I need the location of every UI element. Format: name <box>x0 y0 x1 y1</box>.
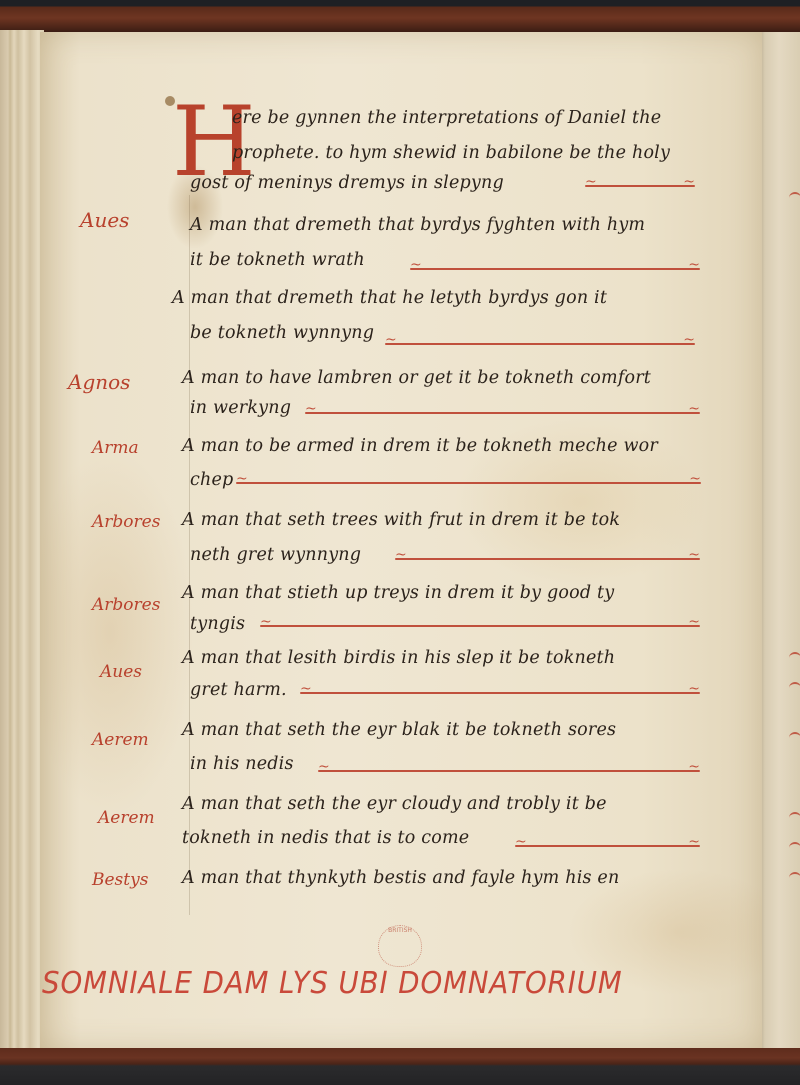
line-filler <box>300 692 700 694</box>
entry-line: A man to have lambren or get it be tokne… <box>182 368 651 388</box>
library-stamp: BRITISH <box>378 925 422 967</box>
line-filler <box>236 482 701 484</box>
entry-line: A man that seth the eyr blak it be tokne… <box>182 720 616 740</box>
marginal-rubric: Aues <box>80 208 129 232</box>
entry-line: A man that lesith birdis in his slep it … <box>182 648 615 668</box>
marginal-rubric: Bestys <box>92 870 148 890</box>
line-filler <box>585 185 695 187</box>
entry-line: in his nedis <box>190 754 294 774</box>
line-filler <box>385 343 695 345</box>
entry-line: tyngis <box>190 614 245 634</box>
line-filler <box>260 625 700 627</box>
entry-line: A man that stieth up treys in drem it by… <box>182 583 614 603</box>
incipit-line: prophete. to hym shewid in babilone be t… <box>232 143 670 163</box>
entry-line: neth gret wynnyng <box>190 545 361 565</box>
entry-line: it be tokneth wrath <box>190 250 365 270</box>
marginal-rubric: Aerem <box>92 730 149 750</box>
entry-line: chep <box>190 470 233 490</box>
line-filler <box>515 845 700 847</box>
entry-line: gret harm. <box>190 680 287 700</box>
incipit-line: gost of meninys dremys in slepyng <box>190 173 504 193</box>
marginal-rubric: Arbores <box>92 512 160 532</box>
entry-line: A man that seth trees with frut in drem … <box>182 510 620 530</box>
stamp-text: BRITISH <box>388 927 412 934</box>
page-edges-left <box>0 30 44 1052</box>
line-filler <box>395 558 700 560</box>
entry-line: in werkyng <box>190 398 291 418</box>
marginal-rubric: Arma <box>92 438 139 458</box>
line-filler <box>305 412 700 414</box>
entry-line: tokneth in nedis that is to come <box>182 828 469 848</box>
incipit-line: ere be gynnen the interpretations of Dan… <box>232 108 661 128</box>
entry-line: A man to be armed in drem it be tokneth … <box>182 436 658 456</box>
facing-page-edge <box>758 32 800 1050</box>
marginal-rubric: Aues <box>100 662 142 682</box>
marginal-rubric: Aerem <box>98 808 155 828</box>
entry-line: A man that thynkyth bestis and fayle hym… <box>182 868 619 888</box>
entry-line: be tokneth wynnyng <box>190 323 374 343</box>
marginal-rubric: Arbores <box>92 595 160 615</box>
entry-line: A man that dremeth that byrdys fyghten w… <box>190 215 645 235</box>
marginal-rubric: Agnos <box>68 370 130 394</box>
entry-line: A man that dremeth that he letyth byrdys… <box>172 288 607 308</box>
entry-line: A man that seth the eyr cloudy and trobl… <box>182 794 607 814</box>
line-filler <box>410 268 700 270</box>
overlay-caption: SOMNIALE DAM LYS UBI DOMNATORIUM <box>42 966 704 1001</box>
book-binding-bottom <box>0 1048 800 1085</box>
line-filler <box>318 770 700 772</box>
book-binding-top <box>0 0 800 32</box>
